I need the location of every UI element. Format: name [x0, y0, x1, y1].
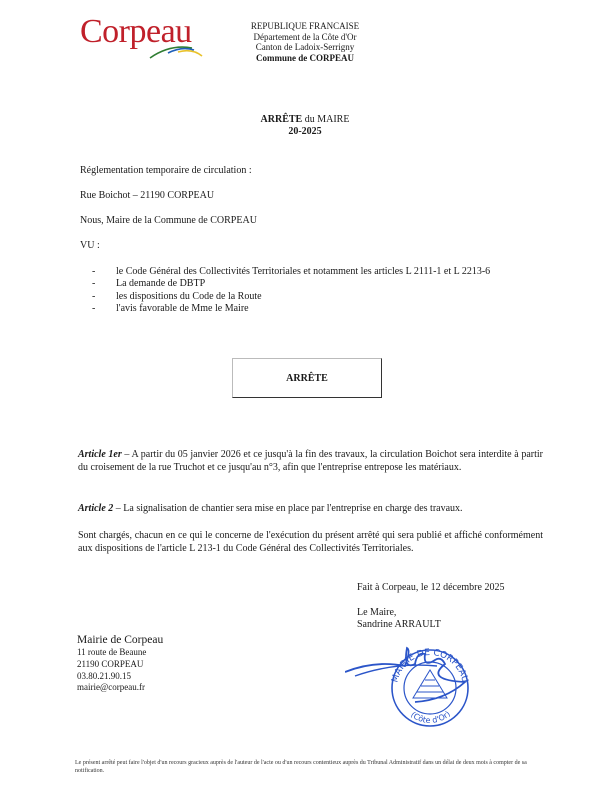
article-2-label: Article 2	[78, 503, 113, 514]
mairie-city: 21190 CORPEAU	[77, 659, 163, 671]
article-1-text: – A partir du 05 janvier 2026 et ce jusq…	[78, 449, 543, 473]
corpeau-logo: Corpeau	[80, 12, 210, 62]
canton-label: Canton de Ladoix-Serrigny	[230, 42, 380, 53]
article-1-label: Article 1er	[78, 449, 122, 460]
vu-heading: VU :	[80, 240, 100, 252]
authority-line: Nous, Maire de la Commune de CORPEAU	[80, 215, 257, 227]
arrete-box: ARRÊTE	[232, 358, 382, 398]
location-line: Rue Boichot – 21190 CORPEAU	[80, 190, 214, 202]
execution-clause: Sont chargés, chacun en ce qui le concer…	[78, 530, 543, 555]
mairie-name: Mairie de Corpeau	[77, 633, 163, 647]
article-2: Article 2 – La signalisation de chantier…	[78, 503, 543, 516]
document-title: ARRÊTE du MAIRE 20-2025	[230, 114, 380, 138]
vu-item: La demande de DBTP	[92, 278, 542, 290]
administrative-header: REPUBLIQUE FRANCAISE Département de la C…	[230, 21, 380, 63]
vu-item: le Code Général des Collectivités Territ…	[92, 266, 542, 278]
signatory-name: Sandrine ARRAULT	[357, 619, 441, 632]
arrete-box-label: ARRÊTE	[286, 373, 328, 384]
vu-item: les dispositions du Code de la Route	[92, 291, 542, 303]
legal-footer: Le présent arrêté peut faire l'objet d'u…	[75, 759, 545, 775]
mairie-street: 11 route de Beaune	[77, 647, 163, 659]
official-stamp: MAIRIE DE CORPEAU (Côte d'Or)	[345, 640, 475, 740]
commune-label: Commune de CORPEAU	[230, 53, 380, 64]
arrete-number: 20-2025	[230, 126, 380, 138]
article-2-text: – La signalisation de chantier sera mise…	[113, 503, 462, 514]
vu-list: le Code Général des Collectivités Territ…	[92, 266, 542, 315]
republic-label: REPUBLIQUE FRANCAISE	[230, 21, 380, 32]
mairie-email: mairie@corpeau.fr	[77, 682, 163, 694]
vu-item: l'avis favorable de Mme le Maire	[92, 303, 542, 315]
stamp-seal-icon: MAIRIE DE CORPEAU (Côte d'Or)	[345, 640, 475, 740]
place-date: Fait à Corpeau, le 12 décembre 2025	[357, 582, 504, 595]
subject-line: Réglementation temporaire de circulation…	[80, 165, 252, 177]
title-du-maire: du MAIRE	[302, 114, 349, 125]
departement-label: Département de la Côte d'Or	[230, 32, 380, 43]
signatory-role: Le Maire,	[357, 607, 396, 620]
title-arrete: ARRÊTE	[261, 114, 303, 125]
mairie-phone: 03.80.21.90.15	[77, 671, 163, 683]
article-1: Article 1er – A partir du 05 janvier 202…	[78, 449, 543, 474]
logo-swoosh-icon	[80, 12, 210, 62]
mairie-address: Mairie de Corpeau 11 route de Beaune 211…	[77, 633, 163, 694]
